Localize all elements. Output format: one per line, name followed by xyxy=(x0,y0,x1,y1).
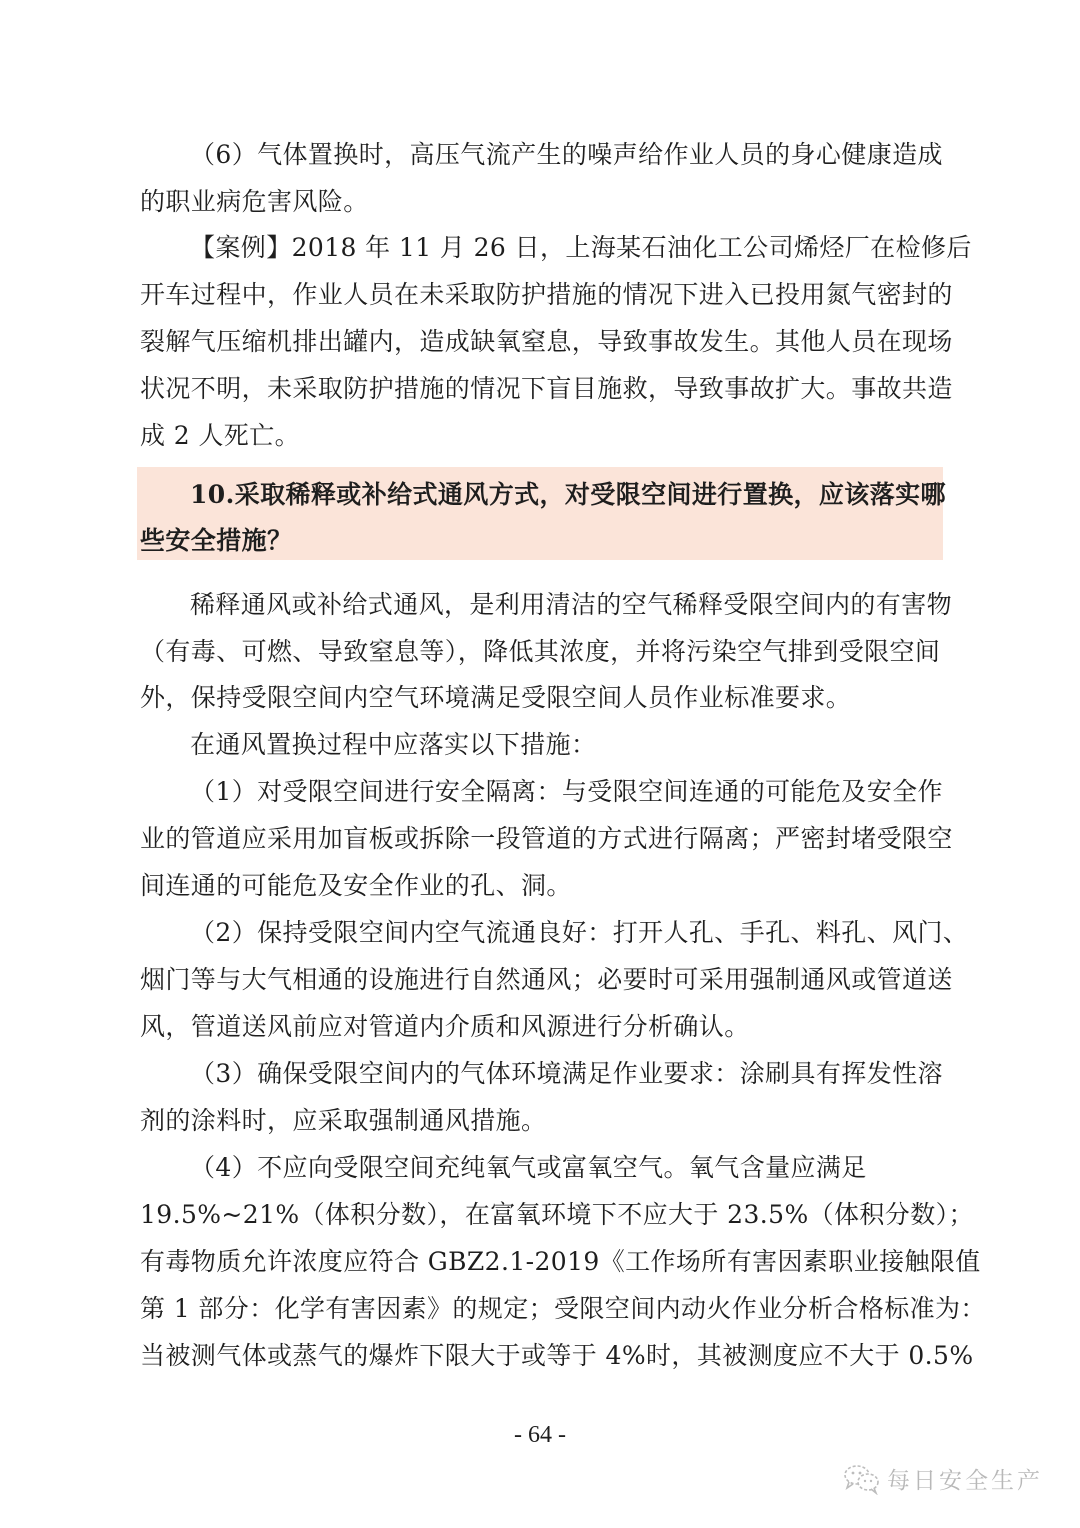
paragraph-line: 的职业病危害风险。 xyxy=(140,186,940,218)
measure-2-line: 烟门等与大气相通的设施进行自然通风；必要时可采用强制通风或管道送 xyxy=(140,964,940,996)
measure-1-line: 间连通的可能危及安全作业的孔、洞。 xyxy=(140,870,940,902)
case-line: 成 2 人死亡。 xyxy=(140,420,940,452)
watermark: 每日安全生产 xyxy=(843,1462,1043,1495)
watermark-text: 每日安全生产 xyxy=(887,1462,1043,1495)
measure-4-line: 有毒物质允许浓度应符合 GBZ2.1-2019《工作场所有害因素职业接触限值 xyxy=(140,1246,940,1278)
measure-1-line: （1）对受限空间进行安全隔离：与受限空间连通的可能危及安全作 xyxy=(190,776,940,808)
body-line: 稀释通风或补给式通风，是利用清洁的空气稀释受限空间内的有害物 xyxy=(190,589,940,621)
measure-2-line: 风，管道送风前应对管道内介质和风源进行分析确认。 xyxy=(140,1011,940,1043)
page-number: - 64 - xyxy=(0,1420,1080,1450)
case-line: 状况不明，未采取防护措施的情况下盲目施救，导致事故扩大。事故共造 xyxy=(140,373,940,405)
measure-4-line: 当被测气体或蒸气的爆炸下限大于或等于 4%时，其被测度应不大于 0.5% xyxy=(140,1340,940,1372)
case-line: 裂解气压缩机排出罐内，造成缺氧窒息，导致事故发生。其他人员在现场 xyxy=(140,326,940,358)
paragraph-line: （6）气体置换时，高压气流产生的噪声给作业人员的身心健康造成 xyxy=(190,139,940,171)
measure-2-line: （2）保持受限空间内空气流通良好：打开人孔、手孔、料孔、风门、 xyxy=(190,917,940,949)
measure-3-line: 剂的涂料时，应采取强制通风措施。 xyxy=(140,1105,940,1137)
section-heading-line: 10.采取稀释或补给式通风方式，对受限空间进行置换，应该落实哪 xyxy=(190,479,946,511)
section-heading-line: 些安全措施？ xyxy=(140,525,292,557)
section-heading-box: 10.采取稀释或补给式通风方式，对受限空间进行置换，应该落实哪 些安全措施？ xyxy=(137,467,943,560)
measure-4-line: （4）不应向受限空间充纯氧气或富氧空气。氧气含量应满足 xyxy=(190,1152,940,1184)
wechat-icon xyxy=(843,1463,881,1495)
measure-1-line: 业的管道应采用加盲板或拆除一段管道的方式进行隔离；严密封堵受限空 xyxy=(140,823,940,855)
body-line: 外，保持受限空间内空气环境满足受限空间人员作业标准要求。 xyxy=(140,682,940,714)
measure-4-line: 第 1 部分：化学有害因素》的规定；受限空间内动火作业分析合格标准为： xyxy=(140,1293,940,1325)
measure-4-line: 19.5%~21%（体积分数），在富氧环境下不应大于 23.5%（体积分数）； xyxy=(140,1199,940,1231)
body-line: （有毒、可燃、导致窒息等），降低其浓度，并将污染空气排到受限空间 xyxy=(140,636,940,668)
measure-3-line: （3）确保受限空间内的气体环境满足作业要求：涂刷具有挥发性溶 xyxy=(190,1058,940,1090)
case-line: 【案例】2018 年 11 月 26 日，上海某石油化工公司烯烃厂在检修后 xyxy=(190,232,940,264)
measures-intro: 在通风置换过程中应落实以下措施： xyxy=(190,729,940,761)
document-page: （6）气体置换时，高压气流产生的噪声给作业人员的身心健康造成 的职业病危害风险。… xyxy=(0,0,1080,1528)
case-line: 开车过程中，作业人员在未采取防护措施的情况下进入已投用氮气密封的 xyxy=(140,279,940,311)
